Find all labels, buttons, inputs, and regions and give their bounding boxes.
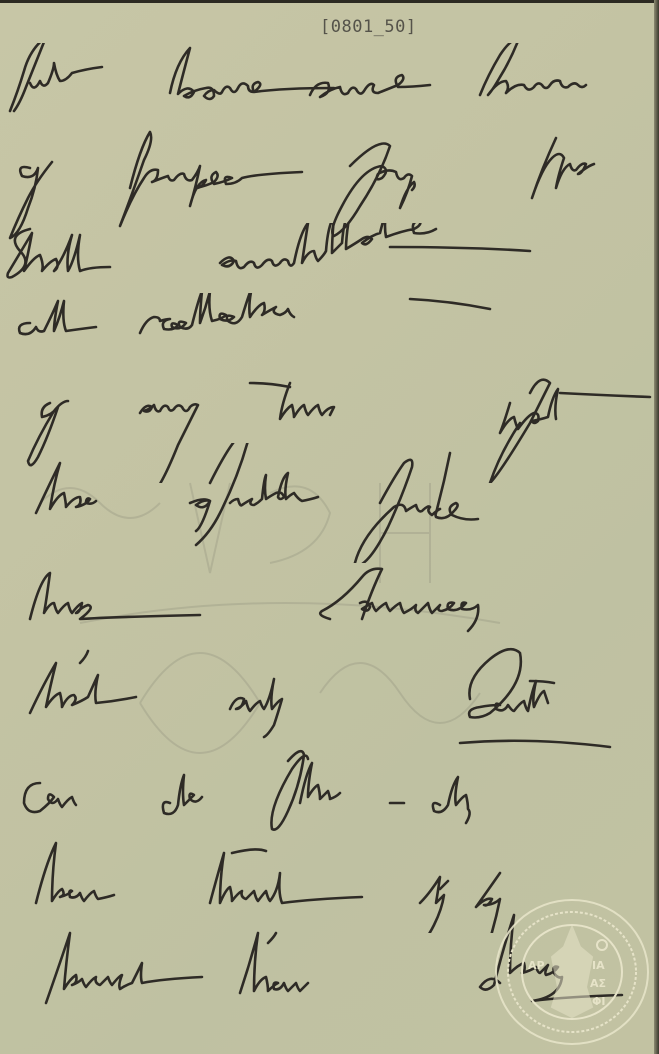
handwriting-line-7 <box>0 563 654 643</box>
handwriting-line-10 <box>0 823 654 903</box>
handwriting-line-4 <box>0 293 654 373</box>
page-right-edge <box>654 0 659 1054</box>
svg-text:IA: IA <box>592 959 605 972</box>
svg-text:ΦI: ΦI <box>592 995 605 1008</box>
svg-text:AP: AP <box>528 959 545 972</box>
svg-text:AΣ: AΣ <box>590 977 606 990</box>
archive-seal-stamp: IA AΣ ΦI AP <box>492 897 652 1047</box>
catalog-id: [0801_50] <box>320 17 417 37</box>
letter-page: [0801_50] <box>0 3 654 1054</box>
handwriting-line-2 <box>0 128 654 208</box>
handwriting-line-1 <box>0 43 654 123</box>
handwriting-line-8 <box>0 643 654 723</box>
handwriting-line-3 <box>0 223 654 303</box>
handwriting-line-9 <box>0 743 654 823</box>
handwriting-line-5 <box>0 373 654 453</box>
handwriting-line-6 <box>0 443 654 523</box>
